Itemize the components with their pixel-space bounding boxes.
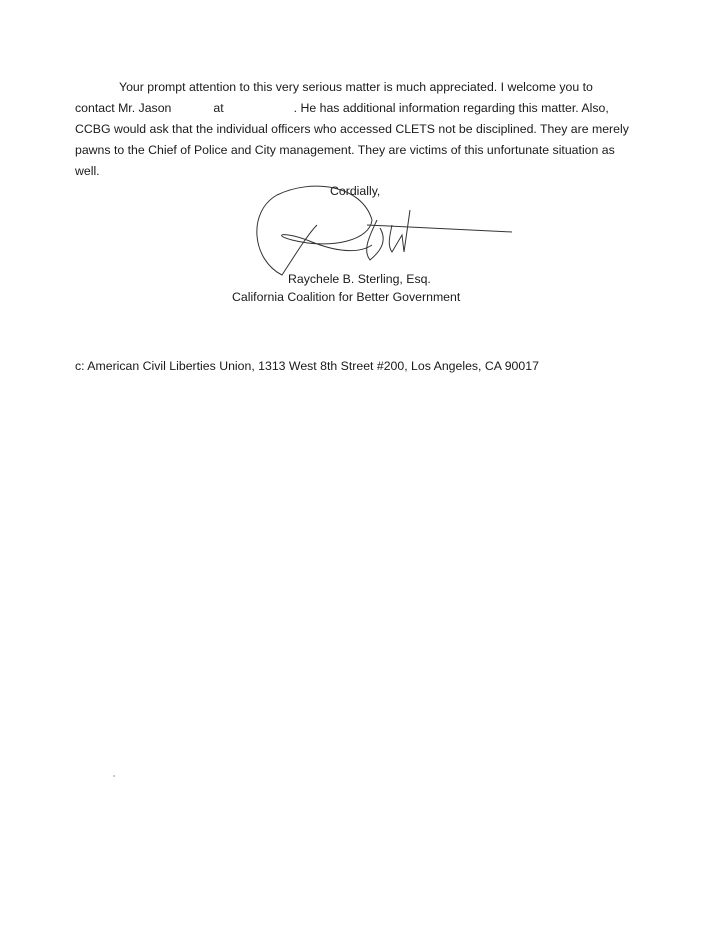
signer-name: Raychele B. Sterling, Esq. xyxy=(288,272,431,286)
letter-body: Your prompt attention to this very serio… xyxy=(75,77,645,182)
body-line: well. xyxy=(75,161,645,182)
body-line: Your prompt attention to this very serio… xyxy=(75,77,645,98)
signature xyxy=(252,180,522,280)
body-line: CCBG would ask that the individual offic… xyxy=(75,119,645,140)
scan-speck xyxy=(113,775,115,777)
cc-line: c: American Civil Liberties Union, 1313 … xyxy=(75,359,539,373)
body-line: pawns to the Chief of Police and City ma… xyxy=(75,140,645,161)
body-line: contact Mr. Jasonat. He has additional i… xyxy=(75,98,645,119)
signer-organization: California Coalition for Better Governme… xyxy=(232,290,460,304)
